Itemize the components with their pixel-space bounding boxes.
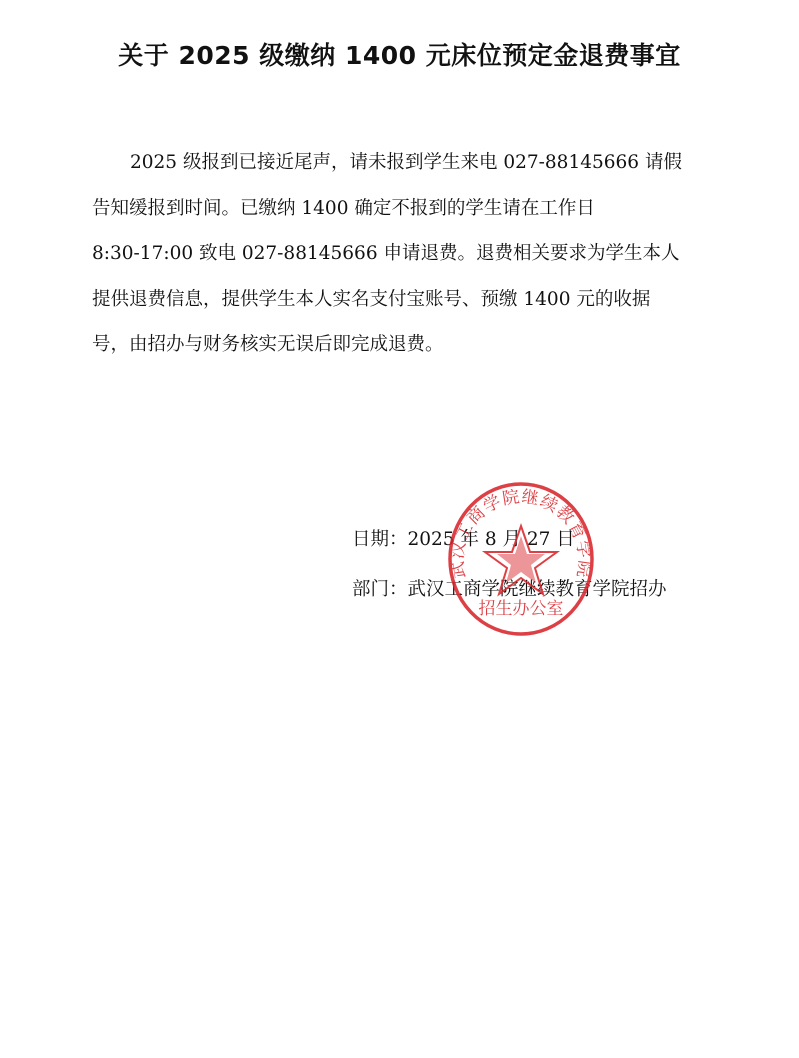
body-line: 告知缓报到时间。已缴纳 1400 确定不报到的学生请在工作日: [92, 186, 712, 232]
department-line: 部门：武汉工商学院继续教育学院招办: [352, 575, 667, 601]
date-line: 日期：2025 年 8 月 27 日: [352, 525, 575, 551]
body-line: 8:30-17:00 致电 027-88145666 申请退费。退费相关要求为学…: [92, 231, 712, 277]
body-line: 提供退费信息，提供学生本人实名支付宝账号、预缴 1400 元的收据: [92, 277, 712, 323]
body-line: 2025 级报到已接近尾声，请未报到学生来电 027-88145666 请假: [92, 140, 712, 186]
document-body: 2025 级报到已接近尾声，请未报到学生来电 027-88145666 请假 告…: [92, 140, 712, 368]
seal-inner-text: 招生办公室: [479, 599, 564, 619]
document-title: 关于 2025 级缴纳 1400 元床位预定金退费事宜: [0, 36, 799, 72]
official-seal-icon: 武汉工商学院继续教育学院 招生办公室: [446, 480, 596, 638]
body-line: 号，由招办与财务核实无误后即完成退费。: [92, 322, 712, 368]
